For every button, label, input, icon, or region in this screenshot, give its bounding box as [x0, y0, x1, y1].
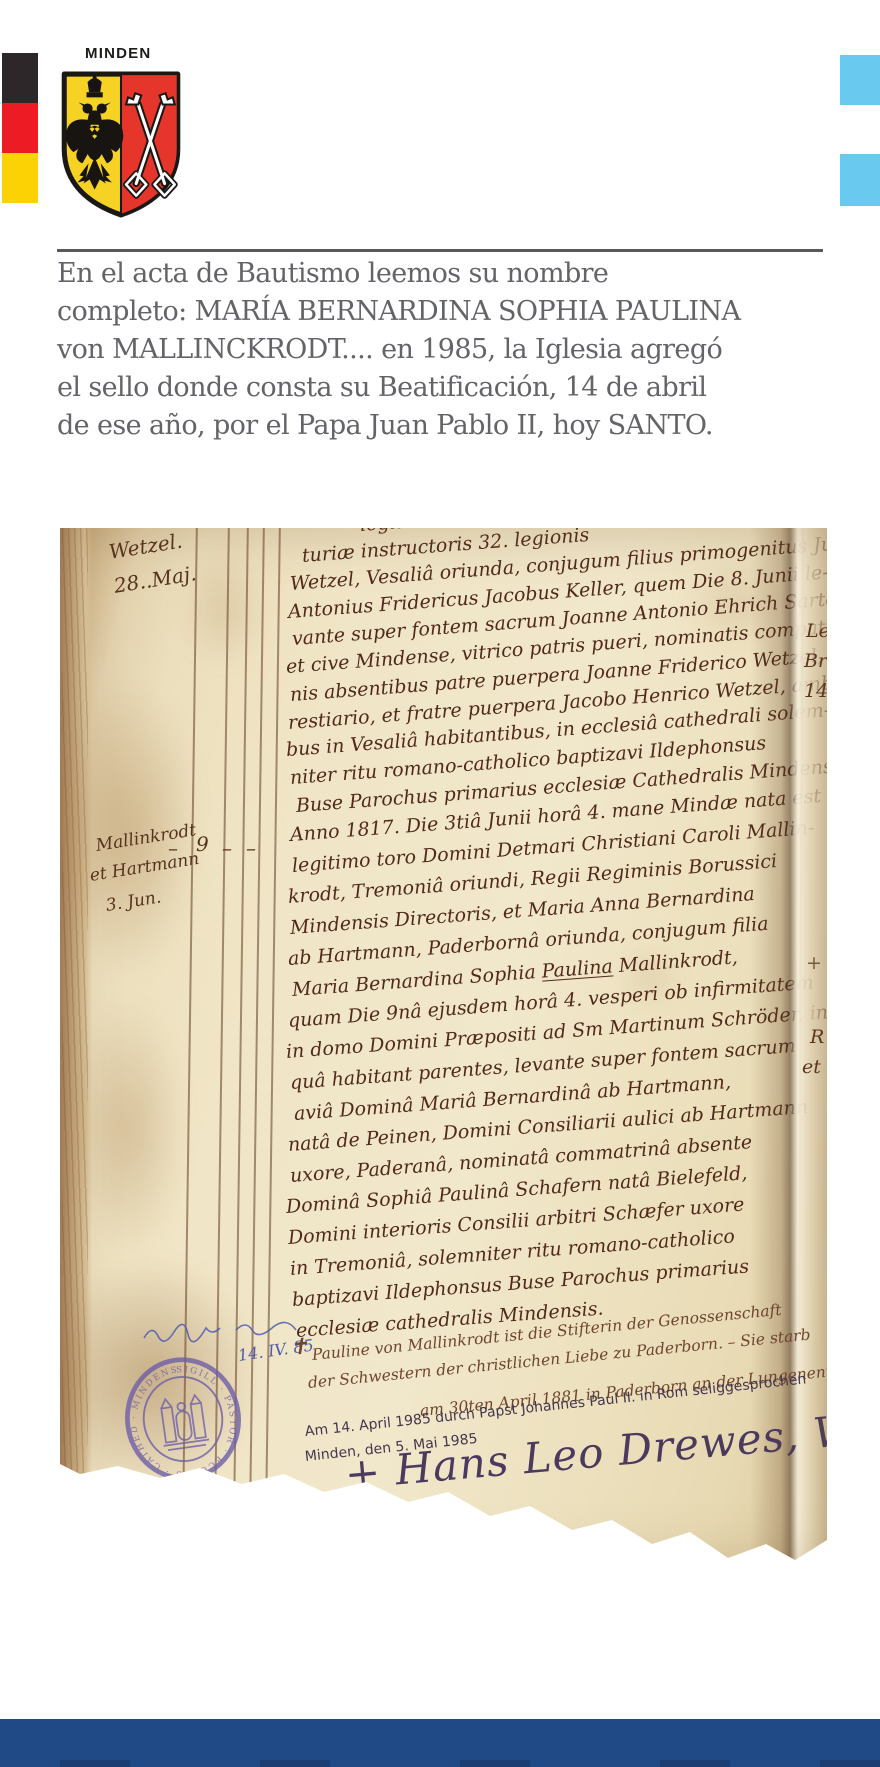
next-page-fragment: Bro: [804, 650, 827, 672]
accent-square-bottom: [840, 154, 880, 206]
flyer-page: MINDEN: [0, 0, 880, 1767]
column-mark: –: [168, 836, 178, 860]
intro-line: el sello donde consta su Beatificación, …: [57, 372, 706, 404]
next-page-fragment: R: [810, 1026, 824, 1048]
city-label: MINDEN: [85, 45, 151, 62]
next-page-fragment: +: [806, 952, 822, 974]
footer-tab: [460, 1760, 530, 1767]
footer-tab: [60, 1760, 130, 1767]
flag-stripe-gold: [2, 153, 38, 203]
minden-coat-of-arms-icon: [58, 70, 184, 220]
baptism-record-photo: Wetzel. 28..Maj. Mallinkrodt et Hartmann…: [60, 528, 827, 1568]
next-page-fragment: 14.: [804, 680, 827, 702]
german-note-cross: ✝: [289, 1334, 310, 1361]
footer-tab: [660, 1760, 730, 1767]
divider-rule: [57, 249, 823, 252]
german-flag: [2, 53, 38, 203]
flag-stripe-red: [2, 103, 38, 153]
footer-tab: [260, 1760, 330, 1767]
intro-line: completo: MARÍA BERNARDINA SOPHIA PAULIN…: [57, 296, 740, 328]
next-page-fragment: Ley: [806, 620, 827, 642]
next-page-fragment: et: [802, 1056, 821, 1078]
column-mark: 9: [196, 832, 209, 856]
flag-stripe-black: [2, 53, 38, 103]
column-mark: –: [222, 836, 232, 860]
age-stain: [66, 998, 186, 1258]
parish-seal-stamp-icon: SIGILL · PASTOR · ECCLES · CATHED · MIND…: [107, 1343, 258, 1494]
intro-line: de ese año, por el Papa Juan Pablo II, h…: [57, 410, 713, 442]
accent-square-top: [840, 55, 880, 105]
column-mark: –: [246, 836, 256, 860]
footer-tab: [820, 1760, 880, 1767]
intro-line: En el acta de Bautismo leemos su nombre: [57, 258, 608, 290]
intro-line: von MALLINCKRODT.... en 1985, la Iglesia…: [57, 334, 722, 366]
footer-bar: [0, 1719, 880, 1767]
